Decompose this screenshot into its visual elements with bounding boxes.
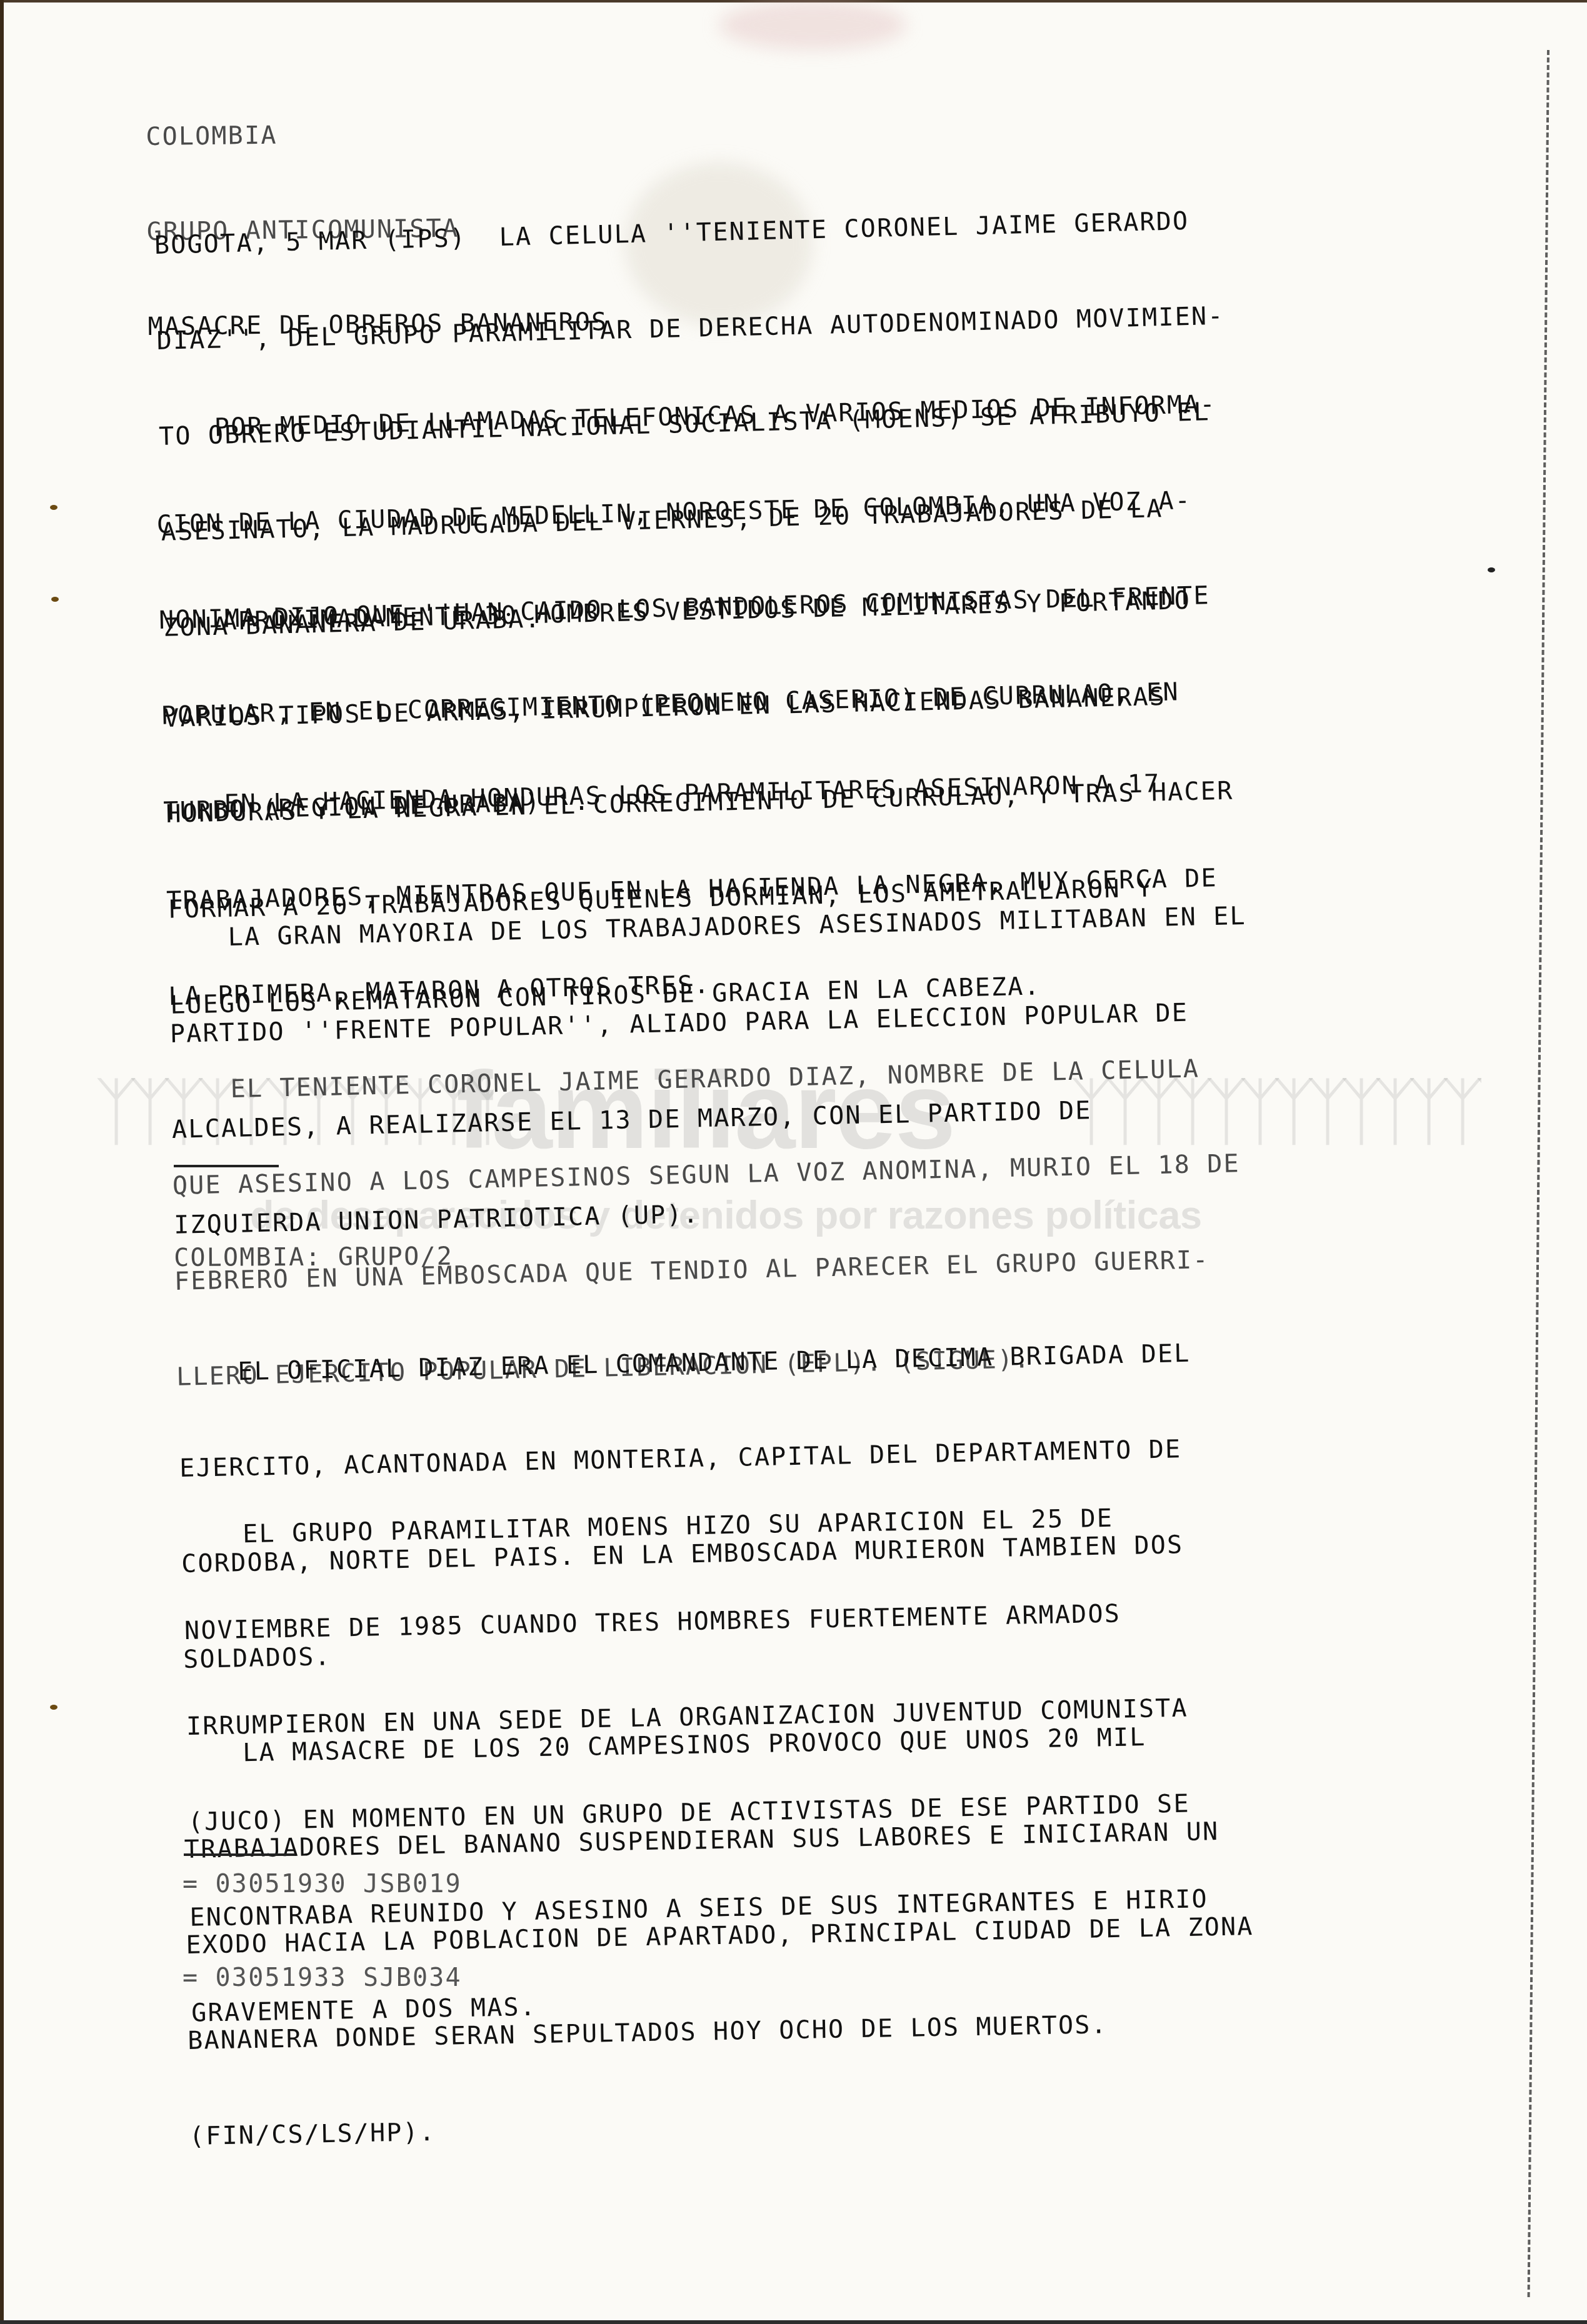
end-separator [184,1853,295,1856]
text-line: QUE ASESINO A LOS CAMPESINOS SEGUN LA VO… [172,1148,1240,1202]
text-line: APROXIMADAMENTE 30 HOMBRES VESTIDOS DE M… [161,584,1229,639]
paper-stain [719,0,906,50]
punch-mark [51,597,59,602]
page-edge-bottom [0,2320,1587,2324]
section-separator [174,1165,279,1167]
paragraph-9: LA MASACRE DE LOS 20 CAMPESINOS PROVOCO … [181,1656,1258,2185]
header-country: COLOMBIA [146,116,606,152]
text-line: LA MASACRE DE LOS 20 CAMPESINOS PROVOCO … [183,1720,1251,1770]
text-line: EXODO HACIA LA POBLACION DE APARTADO, PR… [186,1911,1254,1962]
punch-mark [50,1705,58,1710]
transmission-code: = 03051930 JSB019 [183,1868,462,1900]
continuation-slug: COLOMBIA: GRUPO/2 [174,1241,453,1274]
text-line: BANANERA DONDE SERAN SEPULTADOS HOY OCHO… [188,2007,1256,2057]
page-edge-left [0,0,4,2324]
text-line: BOGOTA, 5 MAR (IPS) LA CELULA ''TENIENTE… [154,205,1222,262]
text-line: EN LA HACIENDA HONDURAS LOS PARAMILITARE… [164,767,1216,822]
text-line: NOVIEMBRE DE 1985 CUANDO TRES HOMBRES FU… [184,1597,1203,1647]
text-line: LA GRAN MAYORIA DE LOS TRABAJADORES ASES… [168,900,1246,955]
punch-mark [1488,567,1495,572]
margin-fold-line [1528,50,1549,2300]
text-line: TRABAJADORES DEL BANANO SUSPENDIERAN SUS… [184,1815,1252,1866]
text-line: EL OFICIAL DIAZ ERA EL COMANDANTE DE LA … [178,1338,1191,1389]
text-line: (FIN/CS/LS/HP). [189,2102,1257,2153]
text-line: EL TENIENTE CORONEL JAIME GERARDO DIAZ, … [170,1052,1238,1107]
text-line: EL GRUPO PARAMILITAR MOENS HIZO SU APARI… [183,1501,1201,1552]
punch-mark [50,505,58,510]
text-line: POR MEDIO DE LLAMADAS TELEFONICAS A VARI… [154,389,1216,446]
transmission-code: = 03051933 SJB034 [183,1962,462,1994]
